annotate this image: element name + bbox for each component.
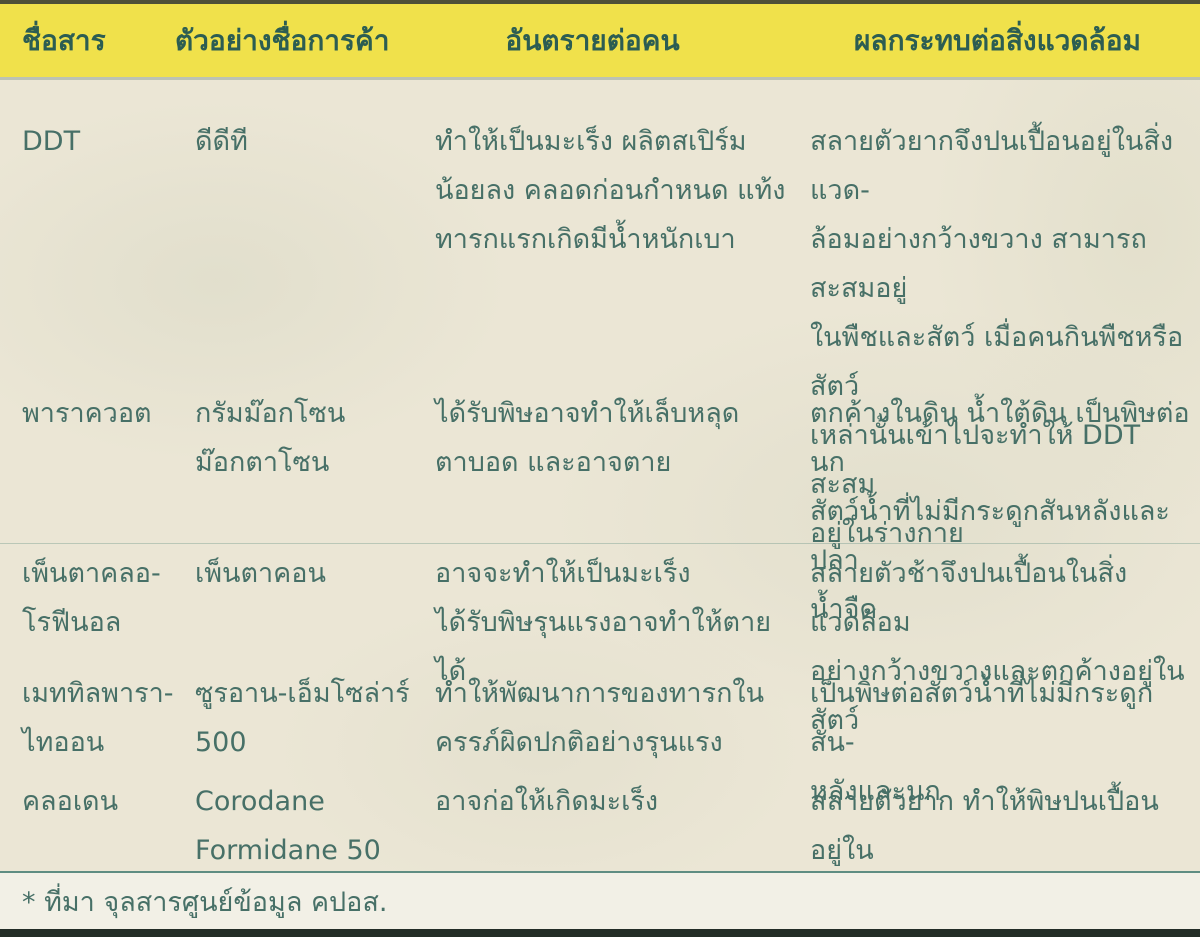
- column-header-trade-names: ตัวอย่างชื่อการค้า: [175, 19, 430, 63]
- page-bottom-edge: [0, 929, 1200, 937]
- scanned-table-page: ชื่อสาร ตัวอย่างชื่อการค้า อันตรายต่อคน …: [0, 0, 1200, 937]
- column-header-environment-impact: ผลกระทบต่อสิ่งแวดล้อม: [795, 19, 1200, 63]
- source-footer: * ที่มา จุลสารศูนย์ข้อมูล คปอส.: [0, 873, 1200, 929]
- column-header-human-danger: อันตรายต่อคน: [430, 19, 795, 63]
- table-header-row: ชื่อสาร ตัวอย่างชื่อการค้า อันตรายต่อคน …: [0, 4, 1200, 80]
- row-divider-line: [0, 543, 1200, 544]
- source-note: * ที่มา จุลสารศูนย์ข้อมูล คปอส.: [0, 880, 387, 923]
- column-header-substance: ชื่อสาร: [0, 19, 175, 63]
